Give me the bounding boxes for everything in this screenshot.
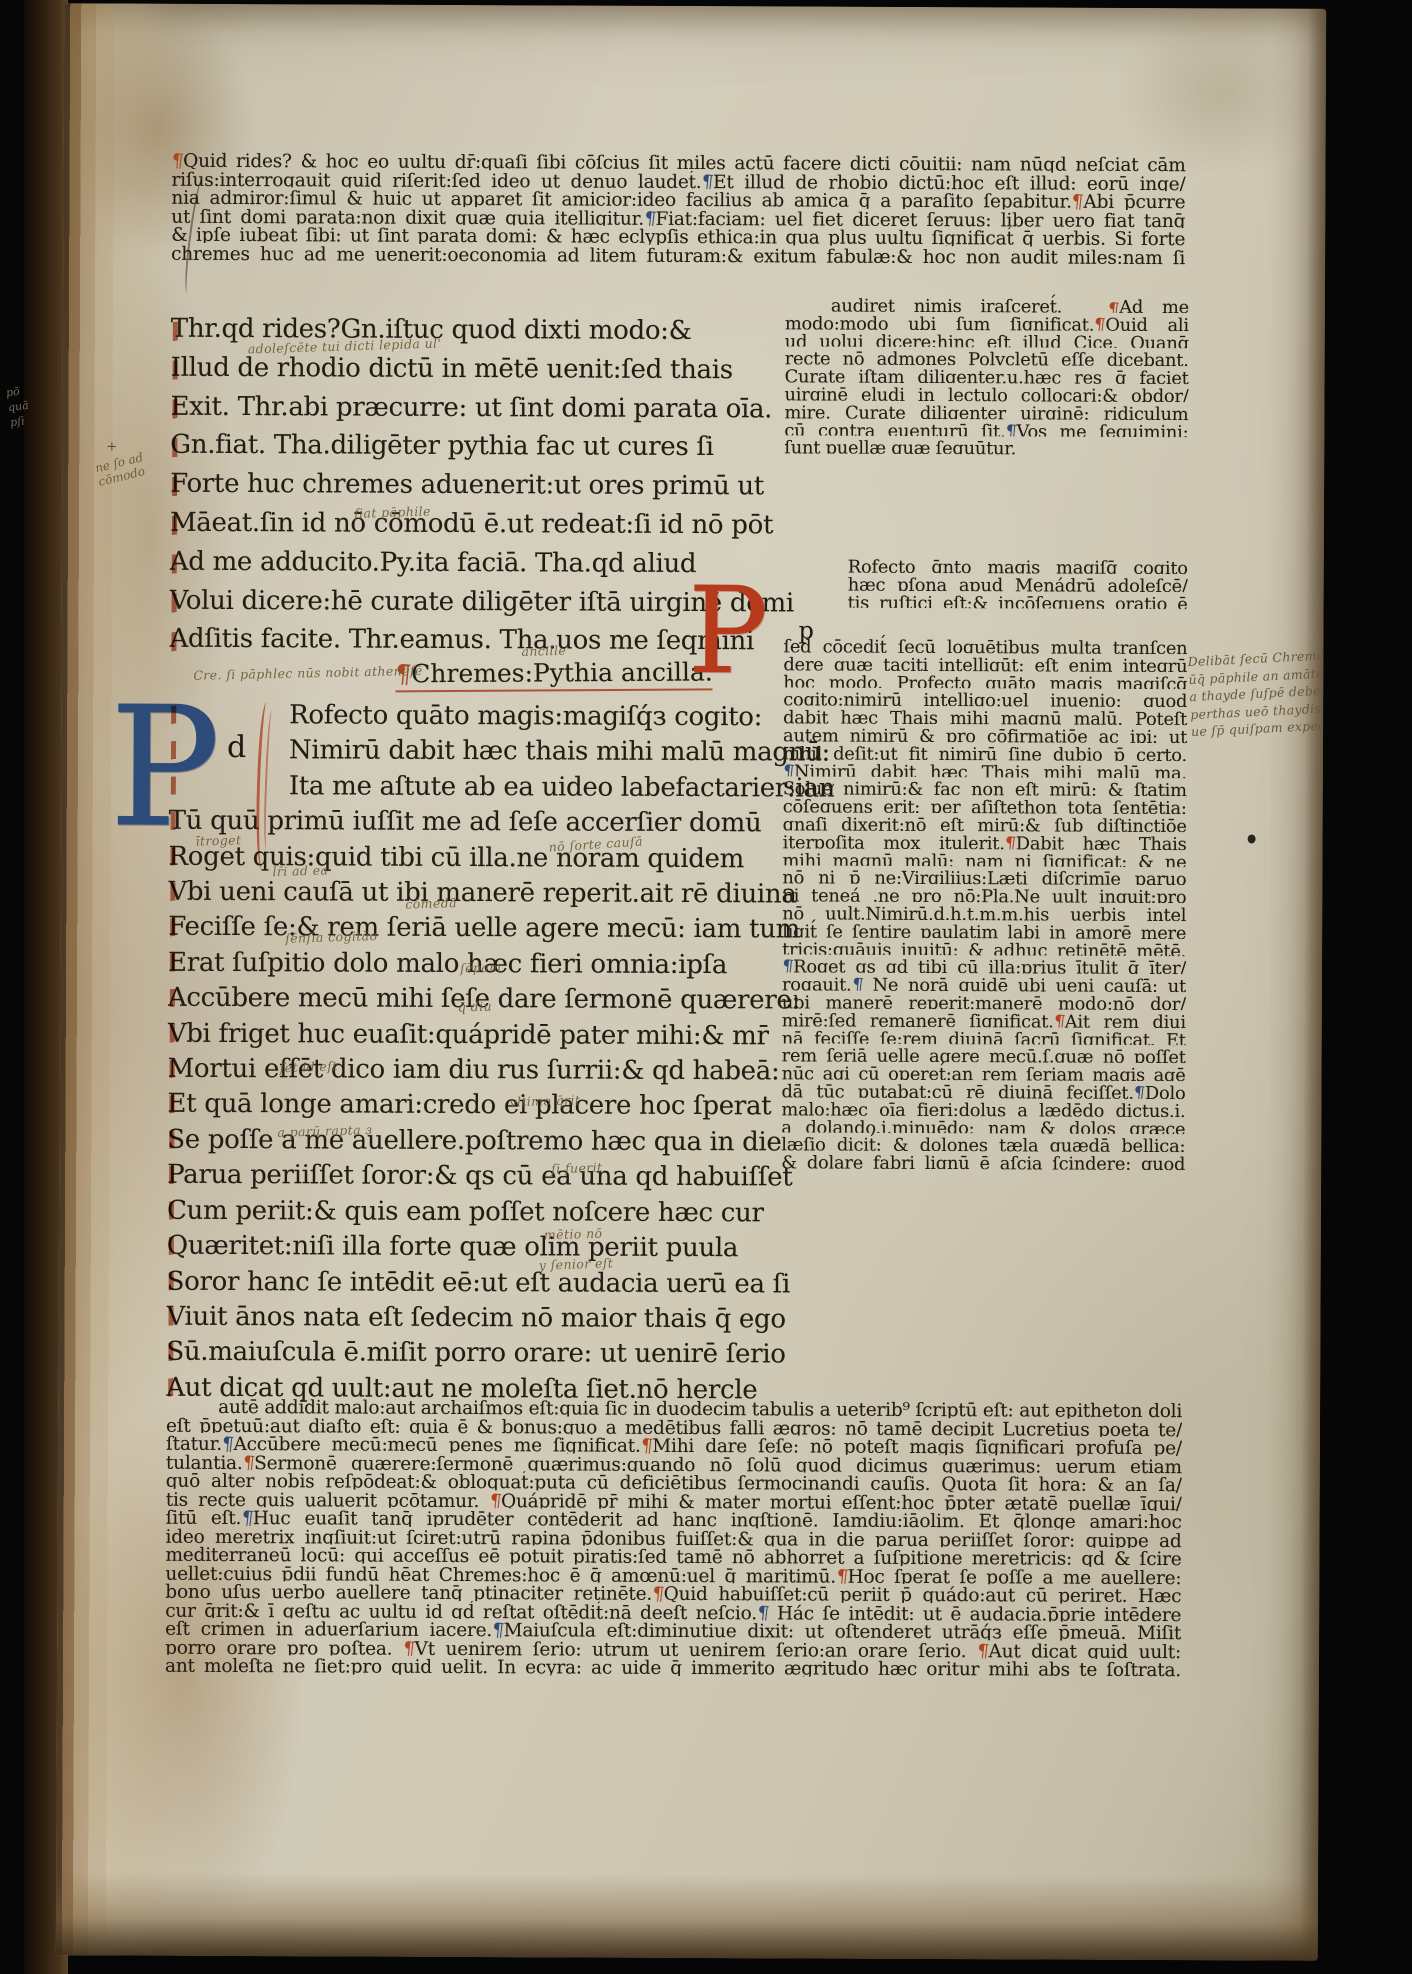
red-paragraph-mark: ¶	[488, 1489, 502, 1511]
text-line: dā tūc putabat:cū rē diuinā feciſſet.¶Do…	[781, 1079, 1185, 1099]
interlinear-gloss: a parū rapta з	[277, 1122, 373, 1140]
text-line: Gn.fiat. Tha.diligēter pythia fac ut cur…	[170, 426, 835, 468]
text-line: Vbi ueni cauſā ut ibi manerē reperit.ait…	[168, 875, 833, 913]
red-paragraph-mark: ¶	[651, 1582, 665, 1603]
interlinear-gloss: ītroget	[195, 832, 241, 848]
red-paragraph-mark: ¶	[976, 1639, 990, 1659]
margin-note-right: Delibāt ſecū Chremes ſiūq̄ pāphile an am…	[1187, 644, 1326, 741]
interlinear-gloss: ancille	[521, 643, 566, 659]
text-line: Rofecto quāto magis:magiſq́з cogito:	[169, 698, 834, 736]
page-bottom-edge-shadow	[56, 1871, 1318, 1961]
text-line: ud uolui dicere:hinc eſt illud Cice. Qua…	[785, 329, 1189, 349]
scene-heading-text: ¶Chremes:Pythia ancilla.	[395, 657, 713, 692]
text-line: Curate iſtam diligenter.u.hæc res q̄ fac…	[785, 365, 1189, 385]
text-line: ant moleſta ne ſiet:pro quid uelit. In e…	[165, 1655, 1181, 1678]
text-line: Feciſſe ſe:& rem ſeriā uelle agere mecū:…	[168, 910, 833, 948]
text-line: nihil deſit:ut fit nimirū ſine dubio p̄ …	[783, 741, 1187, 761]
text-line: nō uult.Nimirū.d.h.t.m.m.his uerbis inte…	[782, 901, 1186, 921]
text-line: tricis:quāuis inuitū: & adhuc retinētē m…	[782, 937, 1186, 957]
text-line: recte nō admones Polycletū eſſe dicebant…	[785, 347, 1189, 367]
text-line: Vbi friget huc euaſit:quápridē pater mih…	[168, 1016, 833, 1054]
text-line: Et quā longe amari:credo ei placere hoc …	[167, 1087, 832, 1125]
interlinear-gloss: ſi fuerit	[551, 1160, 603, 1177]
bottom-commentary-block: autē addidit malo:aut archaiſmos eſt:qui…	[165, 1396, 1182, 1678]
rubricated-initial-red-P: P	[687, 572, 768, 692]
edge-mark-line: quā	[7, 398, 30, 416]
text-line: Parua periiſſet ſoror:& qs cū ea una qd …	[167, 1158, 832, 1196]
text-line: tis ruſtici eſt:& incōſequens oratio ē	[784, 590, 1188, 610]
interlinear-gloss: lr̄i ad ea	[272, 862, 328, 879]
text-line: audiret nimis iraſceret́.¶Ad me adducito	[785, 293, 1189, 313]
text-line: rem ſeriā uelle agere mecū.ſ.quæ nō poſſ…	[782, 1044, 1186, 1064]
text-line: Forte huc chremes aduenerit:ut ores prim…	[170, 465, 835, 507]
text-line: læſio dicit́: & dolones tæla quædā belli…	[781, 1133, 1185, 1153]
text-line: Mortui eſſēt dico iam diu rus ſurrii:& q…	[168, 1052, 833, 1090]
text-line: Roget quis:quid tibi cū illa.ne noram qu…	[168, 839, 833, 877]
edge-mark-line: pſi	[9, 412, 32, 430]
text-line: mihi magnū malū: nam ni ſignificat: & ne	[783, 848, 1187, 868]
interlinear-gloss: ſet id eſt	[279, 1058, 337, 1075]
blue-paragraph-mark: ¶	[782, 955, 795, 975]
text-line: ni teneá .ne pro nō:Pla.Ne uult inquit:p…	[782, 884, 1186, 904]
text-line: nō ni p̄ ne:Virgiliius:Læti diſcrimīe pa…	[782, 866, 1186, 886]
text-line: Nimirū dabit hæc thais mihi malū magnū:	[169, 733, 834, 771]
red-paragraph-mark: ¶	[1061, 293, 1121, 313]
text-line: Tū quū primū iuſſit me ad ſeſe accerſier…	[169, 804, 834, 842]
text-line: chremes huc ad me uenerit:oeconomia ad l…	[171, 242, 1185, 265]
text-line: Se poſſe a me auellere.poſtremo hæc qua …	[167, 1123, 832, 1161]
text-line: dabit hæc Thais mihi magnū malū. Poteſt	[783, 706, 1187, 726]
red-paragraph-mark: ¶	[1093, 312, 1107, 331]
text-line: Solue nimirū:& fac non eſt mirū: & ſtati…	[783, 777, 1187, 797]
page-right-edge-shadow	[1300, 9, 1327, 1961]
interlinear-gloss: cōmedā	[405, 895, 457, 912]
text-line: mirē:ſed remanerē ſignificat.¶Ait rem di…	[782, 1008, 1186, 1028]
text-line: & dolare fabri lignū ē aſcia ſcindere: q…	[781, 1151, 1185, 1171]
photographed-book-page: { "colors": {"rubric_red": "#b5431f", "i…	[0, 0, 1412, 1974]
blue-paragraph-mark: ¶	[850, 973, 864, 993]
text-line: uirginē eludi in lectulo collocari:& obd…	[785, 382, 1189, 402]
gutter-page-edges	[56, 3, 183, 1955]
text-line: qnaſi dixerit:nō eſt mirū:& ſub diſtinct…	[783, 812, 1187, 832]
text-line: ubi manerē reperit:manerē modo:nō dor/	[782, 990, 1186, 1010]
red-paragraph-mark: ¶	[639, 1434, 653, 1455]
text-line: hæc pſona apud Menádrū adoleſcē/	[784, 572, 1188, 592]
red-paragraph-mark: ¶	[1052, 1009, 1066, 1028]
text-line: Quæritet:niſi illa forte quæ olim periit…	[167, 1229, 832, 1267]
text-line: Exit. Thr.abi præcurre: ut ſint domi par…	[170, 387, 835, 429]
text-line: Rofecto q̄nto magis magiſq̄ cogito	[784, 554, 1188, 574]
text-line: ¶Roget qs qd tibi cū illa:prius ītulit q…	[782, 955, 1186, 975]
text-line: cogito:nimirū intelligo:uel inuenio: quo…	[783, 688, 1187, 708]
text-line: mire. Curate diligenter uirginē: ridicul…	[784, 400, 1188, 420]
interlinear-gloss: y ſenior eſt	[539, 1255, 614, 1272]
interlinear-gloss: ſēnſia cogitāo	[285, 928, 378, 946]
ink-dot	[1248, 834, 1256, 843]
interlinear-gloss: vltimo q̄rit	[509, 1092, 580, 1109]
text-line: iterpoſita mox itulerit.¶Dabit hæc Thais	[783, 830, 1187, 850]
blue-paragraph-mark: ¶	[783, 759, 796, 779]
interlinear-gloss: mētio nō	[544, 1226, 603, 1243]
interlinear-gloss: ſēpam	[460, 959, 502, 975]
text-line: Māeat.ſin id nō cōmodū ē.ut redeat:ſi id…	[170, 504, 835, 546]
text-line: ¶Nimirū dabit hæc Thais mihi malū ma.	[783, 759, 1187, 779]
blue-paragraph-mark: ¶	[491, 1619, 505, 1641]
text-line: ſed cōcedit́ ſecū loquētibus multa tranſ…	[783, 634, 1187, 654]
text-line: autem nimirū & pro cōfirmatiōe ac ipi: u…	[783, 723, 1187, 743]
page: ¶Quid rides? & hoc eo uultu dr̄:quaſi ſi…	[56, 3, 1327, 1960]
commentary-initial-lines: Rofecto q̄nto magis magiſq̄ cogitohæc pſ…	[784, 554, 1188, 609]
blue-paragraph-mark: ¶	[643, 207, 657, 228]
blue-paragraph-mark: ¶	[1132, 1080, 1146, 1099]
interlinear-gloss: fiat pāphile	[354, 504, 431, 521]
text-line: nā feciſſe ſe:rem diuinā ſacrū ſignifica…	[782, 1026, 1186, 1046]
top-commentary-block: ¶Quid rides? & hoc eo uultu dr̄:quaſi ſi…	[171, 150, 1185, 265]
text-line: modo:modo ubi ſum ſignificat.¶Quid ali	[785, 311, 1189, 331]
text-line: ſunt puellæ quæ ſequūtur.	[784, 436, 1188, 456]
blue-paragraph-mark: ¶	[756, 1601, 770, 1622]
text-line: cōſequens erit: per aſiſtethon tota ſent…	[783, 795, 1187, 815]
interlinear-gloss: q̄ diu	[458, 999, 492, 1015]
text-line: Soror hanc ſe intēdit eē:ut eſt audacia …	[167, 1264, 832, 1302]
text-line: Cum periit:& quis eam poſſet noſcere hæc…	[167, 1193, 832, 1231]
verse-column-lower: Rofecto quāto magis:magiſq́з cogito:Nimi…	[166, 698, 834, 1409]
text-line: dere quæ taciti intelligūt: eſt enim int…	[783, 652, 1187, 672]
text-line: Accūbere mecū mihi ſeſe dare ſermonē quæ…	[168, 981, 833, 1019]
commentary-column-lower: ſed cōcedit́ ſecū loquētibus multa tranſ…	[781, 634, 1187, 1170]
text-line: hoc modo. Profecto quāto magis magiſcq̄	[783, 670, 1187, 690]
text-line: Ita me aſtute ab ea uideo labefactarier:…	[169, 769, 834, 807]
red-paragraph-mark: ¶	[835, 1565, 849, 1586]
blue-paragraph-mark: ¶	[1004, 418, 1018, 437]
text-line: ligit́ ſe ſentire paulatim labi in amorē…	[782, 919, 1186, 939]
text-line: malo:hæc oīa fieri:dolus a lædēdo dictus…	[781, 1097, 1185, 1117]
margin-plus-mark: +	[106, 439, 117, 454]
text-line: Viuit ānos nata eſt ſedecim nō maior tha…	[166, 1300, 831, 1338]
commentary-column-upper: audiret nimis iraſceret́.¶Ad me adducito…	[784, 293, 1189, 455]
text-line: rogauit.¶ Ne norā quidē ubi ueni cauſā: …	[782, 973, 1186, 993]
text-line: Sū.maiuſcula ē.miſit porro orare: ut uen…	[166, 1335, 831, 1373]
red-paragraph-mark: ¶	[1003, 831, 1017, 850]
red-paragraph-mark: ¶	[1071, 190, 1085, 210]
blue-paragraph-mark: ¶	[700, 170, 714, 191]
text-line: cū contra euenturū ſit.¶Vos me ſequimini…	[784, 418, 1188, 438]
text-line: nūc agi cū operet́:an rem ſeriam magis a…	[782, 1062, 1186, 1082]
text-line: a dolando.i.minuēdo: nam & dolos græce	[781, 1115, 1185, 1135]
